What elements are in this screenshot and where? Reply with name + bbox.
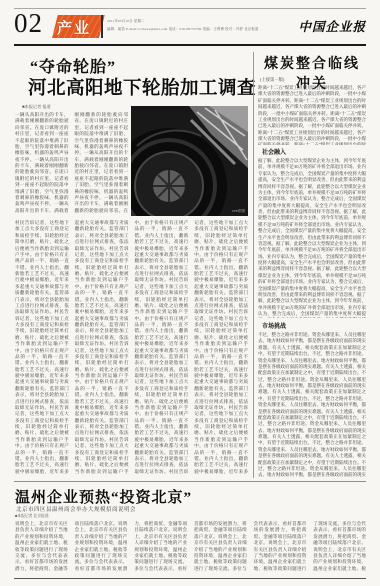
main-intro-columns: 一辆从高阳开出的卡车，满载着刚刚翻新的轮胎驶向邻省。在庞口镇附近的村庄里，记者看…: [15, 112, 128, 216]
tire-photo-image: [131, 106, 248, 216]
column-divider: [253, 52, 254, 478]
paper-name: 中国企业报: [298, 17, 366, 35]
issue-info-line2: 编辑：闻笛 E-mail:cccnews@sina.com 电话：010-687…: [107, 27, 259, 32]
tire-photo: CFP供图: [131, 106, 248, 216]
top-rule: [14, 8, 366, 9]
wenzhou-headline: 温州企业预热“投资北京”: [15, 486, 192, 507]
coal-subhead-1: 社会融入: [262, 147, 286, 156]
issue-info-line1: 2011年05月10日 星期二: [107, 19, 145, 24]
main-byline: ■本报记者 报道: [22, 104, 51, 110]
masthead-rule: [14, 44, 366, 46]
wenzhou-byline: ■本报记者 北京报道: [15, 514, 49, 519]
coal-para1: 距离“十二五”煤炭工业规划出台的时间越来越近，各产煤大省的资源整合已进入最后的冲…: [258, 85, 366, 145]
photo-caption: CFP供图: [232, 209, 245, 214]
section-tag-divider: [101, 15, 103, 38]
continued-note: (上接第一版): [260, 77, 284, 83]
coal-subhead-2: 市场挑战: [262, 321, 286, 330]
bottom-rule: [14, 578, 366, 579]
wenzhou-subtitle: 北京市四区县温州商会举办大规模招商说明会: [16, 505, 136, 513]
coal-para2: 据了解，此轮整合以大型煤炭企业为主体，到今年年底前，单井规模不足30万吨的矿井将…: [258, 158, 366, 318]
coal-para3: 不过，整合之路并非坦途。资金从哪里来、人员往哪里去、地方财政如何平衡，都是摆在各…: [258, 332, 366, 478]
wenzhou-body-columns: 说明会上，北京市有关区县负责人详细介绍了当地的产业规划和投资环境，温州企业家们就…: [15, 521, 366, 575]
section-label: 产业: [57, 17, 91, 38]
page-number: 02: [14, 10, 43, 37]
main-body-columns: 村民告诉记者，这些地下加工点大多没有工商登记和质检手续，旧轮胎经过简单打磨、贴片…: [15, 220, 248, 478]
section-rule: [14, 481, 366, 482]
main-headline: 河北高阳地下轮胎加工调查: [28, 74, 256, 100]
